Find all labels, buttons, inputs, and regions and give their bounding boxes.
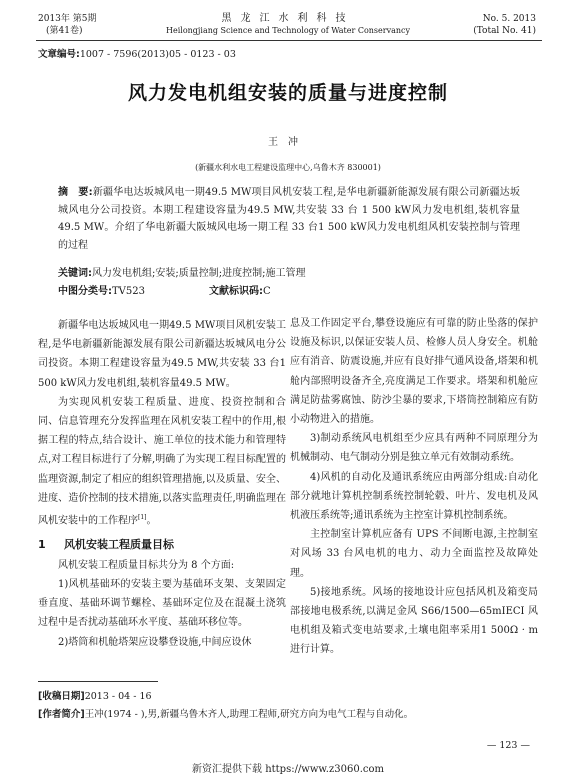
journal-name-en: Heilongjiang Science and Technology of W…: [160, 25, 416, 37]
paragraph: 5)接地系统。风场的接地设计应包括风机及箱变局部接地电极系统,以满足金风 S66…: [290, 583, 538, 660]
clc-label: 中图分类号:: [58, 286, 112, 297]
paragraph: 4)风机的自动化及通讯系统应由两部分组成:自动化部分就地计算机控制系统控制轮毂、…: [290, 468, 538, 526]
issue-year: 2013年 第5期: [38, 13, 97, 25]
doc-code-label: 文献标识码:: [209, 286, 263, 297]
received-date: [收稿日期]2013 - 04 - 16: [38, 688, 413, 706]
issue-no: No. 5. 2013: [473, 13, 536, 25]
body-column-right: 息及工作固定平台,攀登设施应有可靠的防止坠落的保护设施及标识,以保证安装人员、检…: [290, 314, 538, 660]
journal-name: 黑龙江水利科技 Heilongjiang Science and Technol…: [160, 13, 416, 37]
paragraph: 3)制动系统风电机组至少应具有两种不同原理分为机械制动、电气制动分别是独立单元有…: [290, 429, 538, 467]
paragraph: 息及工作固定平台,攀登设施应有可靠的防止坠落的保护设施及标识,以保证安装人员、检…: [290, 314, 538, 429]
footnote-divider: [38, 681, 158, 682]
paragraph: 2)塔筒和机舱塔架应设攀登设施,中间应设休: [38, 633, 286, 652]
watermark: 新资汇提供下载 https://www.z3060.com: [0, 760, 576, 775]
total-no: (Total No. 41): [473, 25, 536, 37]
issue-number: No. 5. 2013 (Total No. 41): [473, 13, 536, 37]
affiliation: (新疆水利水电工程建设监理中心,乌鲁木齐 830001): [0, 162, 576, 173]
doc-code-value: C: [263, 286, 271, 297]
author-bio: [作者简介]王冲(1974 - ),男,新疆乌鲁木齐人,助理工程师,研究方向为电…: [38, 706, 413, 724]
section-number: 1: [38, 535, 64, 554]
keywords-label: 关键词:: [58, 268, 92, 279]
abstract-label: 摘 要:: [58, 187, 93, 198]
paper-title: 风力发电机组安装的质量与进度控制: [0, 78, 576, 105]
keywords-value: 风力发电机组;安装;质量控制;进度控制;施工管理: [92, 268, 305, 279]
classification: 中图分类号:TV523文献标识码:C: [58, 282, 271, 297]
page-number: — 123 —: [487, 740, 530, 751]
paragraph: 为实现风机安装工程质量、进度、投资控制和合同、信息管理充分发挥监理在风机安装工程…: [38, 393, 286, 531]
author: 王冲: [0, 133, 576, 148]
footnotes: [收稿日期]2013 - 04 - 16 [作者简介]王冲(1974 - ),男…: [38, 688, 413, 724]
abstract: 摘 要:新疆华电达坂城风电一期49.5 MW项目风机安装工程,是华电新疆新能源发…: [58, 184, 520, 254]
citation[interactable]: [1]: [138, 514, 147, 521]
article-number-label: 文章编号:: [38, 49, 80, 60]
issue-info: 2013年 第5期 (第41卷): [38, 13, 97, 37]
body-column-left: 新疆华电达坂城风电一期49.5 MW项目风机安装工程,是华电新疆新能源发展有限公…: [38, 316, 286, 652]
paragraph: 新疆华电达坂城风电一期49.5 MW项目风机安装工程,是华电新疆新能源发展有限公…: [38, 316, 286, 393]
abstract-text: 新疆华电达坂城风电一期49.5 MW项目风机安装工程,是华电新疆新能源发展有限公…: [58, 187, 520, 251]
paragraph: 主控制室计算机应备有 UPS 不间断电源,主控制室对风场 33 台风电机的电力、…: [290, 525, 538, 583]
paragraph: 1)风机基础环的安装主要为基础环支架、支架固定垂直度、基础环调节螺栓、基础环定位…: [38, 575, 286, 633]
section-heading: 1风机安装工程质量目标: [38, 535, 286, 554]
keywords: 关键词:风力发电机组;安装;质量控制;进度控制;施工管理: [58, 264, 305, 279]
header-divider: [36, 40, 542, 41]
section-title: 风机安装工程质量目标: [64, 538, 174, 551]
journal-name-cn: 黑龙江水利科技: [160, 13, 416, 25]
article-number: 文章编号:1007 - 7596(2013)05 - 0123 - 03: [38, 46, 236, 60]
paragraph: 风机安装工程质量目标共分为 8 个方面:: [38, 556, 286, 575]
volume: (第41卷): [38, 25, 97, 37]
article-number-value: 1007 - 7596(2013)05 - 0123 - 03: [80, 49, 236, 60]
clc-value: TV523: [112, 286, 145, 297]
